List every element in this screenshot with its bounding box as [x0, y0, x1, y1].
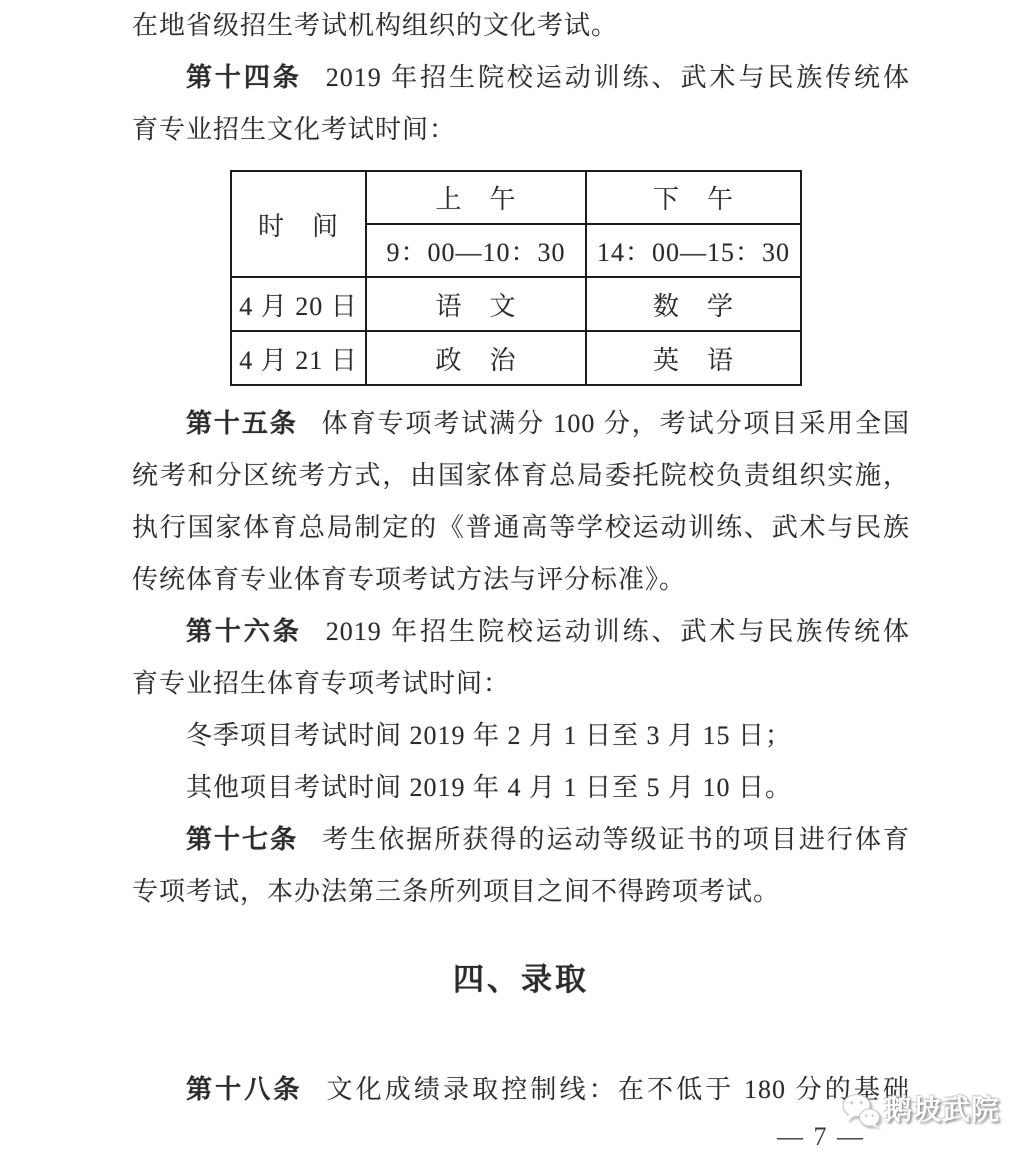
section-heading-admission: 四、录取: [132, 954, 910, 1006]
table-header-row: 时 间 上 午 下 午: [231, 171, 801, 224]
intro-line: 在地省级招生考试机构组织的文化考试。: [132, 0, 910, 52]
table-corner-header-cell: 时 间: [231, 171, 366, 277]
document-body: 在地省级招生考试机构组织的文化考试。 第十四条2019 年招生院校运动训练、武术…: [132, 0, 910, 1152]
watermark-text: 鹅坡武院: [884, 1088, 1000, 1128]
table-subject-cell: 数 学: [586, 277, 801, 331]
article-18-label: 第十八条: [186, 1075, 303, 1104]
article-15-line-3: 执行国家体育总局制定的《普通高等学校运动训练、武术与民族: [132, 502, 910, 554]
table-date-cell: 4 月 20 日: [231, 277, 366, 331]
article-16-text: 2019 年招生院校运动训练、武术与民族传统体: [326, 617, 910, 646]
page-number: — 7 —: [132, 1122, 910, 1152]
article-15-line-2: 统考和分区统考方式，由国家体育总局委托院校负责组织实施，: [132, 450, 910, 502]
article-16-line-1: 第十六条2019 年招生院校运动训练、武术与民族传统体: [132, 606, 910, 658]
article-18-line-1: 第十八条文化成绩录取控制线：在不低于 180 分的基础: [132, 1064, 910, 1116]
table-row: 4 月 21 日 政 治 英 语: [231, 331, 801, 385]
article-17-line-1: 第十七条考生依据所获得的运动等级证书的项目进行体育: [132, 814, 910, 866]
table-time-pm-cell: 14：00—15：30: [586, 224, 801, 277]
article-16-label: 第十六条: [186, 617, 302, 646]
article-14-text: 2019 年招生院校运动训练、武术与民族传统体: [326, 63, 910, 92]
article-17-line-2: 专项考试，本办法第三条所列项目之间不得跨项考试。: [132, 866, 910, 918]
other-events-line: 其他项目考试时间 2019 年 4 月 1 日至 5 月 10 日。: [132, 762, 910, 814]
wechat-logo-icon: [841, 1092, 881, 1130]
article-14-line-2: 育专业招生文化考试时间：: [132, 104, 910, 156]
article-15-line-1: 第十五条体育专项考试满分 100 分，考试分项目采用全国: [132, 398, 910, 450]
article-15-line-4: 传统体育专业体育专项考试方法与评分标准》。: [132, 554, 910, 606]
article-15-label: 第十五条: [186, 409, 298, 438]
article-17-label: 第十七条: [186, 825, 298, 854]
winter-events-line: 冬季项目考试时间 2019 年 2 月 1 日至 3 月 15 日；: [132, 710, 910, 762]
table-header-am-cell: 上 午: [366, 171, 586, 224]
document-page: 在地省级招生考试机构组织的文化考试。 第十四条2019 年招生院校运动训练、武术…: [0, 0, 1024, 1152]
article-14-line-1: 第十四条2019 年招生院校运动训练、武术与民族传统体: [132, 52, 910, 104]
table-header-pm-cell: 下 午: [586, 171, 801, 224]
article-15-text: 体育专项考试满分 100 分，考试分项目采用全国: [322, 409, 910, 438]
watermark: 鹅坡武院: [841, 1086, 1000, 1130]
article-18-text: 文化成绩录取控制线：在不低于 180 分的基础: [327, 1075, 910, 1104]
table-time-am-cell: 9：00—10：30: [366, 224, 586, 277]
table-subject-cell: 英 语: [586, 331, 801, 385]
article-14-label: 第十四条: [186, 63, 302, 92]
table-subject-cell: 政 治: [366, 331, 586, 385]
article-16-line-2: 育专业招生体育专项考试时间：: [132, 658, 910, 710]
exam-schedule-table: 时 间 上 午 下 午 9：00—10：30 14：00—15：30 4 月 2…: [230, 170, 802, 386]
table-row: 4 月 20 日 语 文 数 学: [231, 277, 801, 331]
table-date-cell: 4 月 21 日: [231, 331, 366, 385]
table-subject-cell: 语 文: [366, 277, 586, 331]
article-17-text: 考生依据所获得的运动等级证书的项目进行体育: [322, 825, 910, 854]
